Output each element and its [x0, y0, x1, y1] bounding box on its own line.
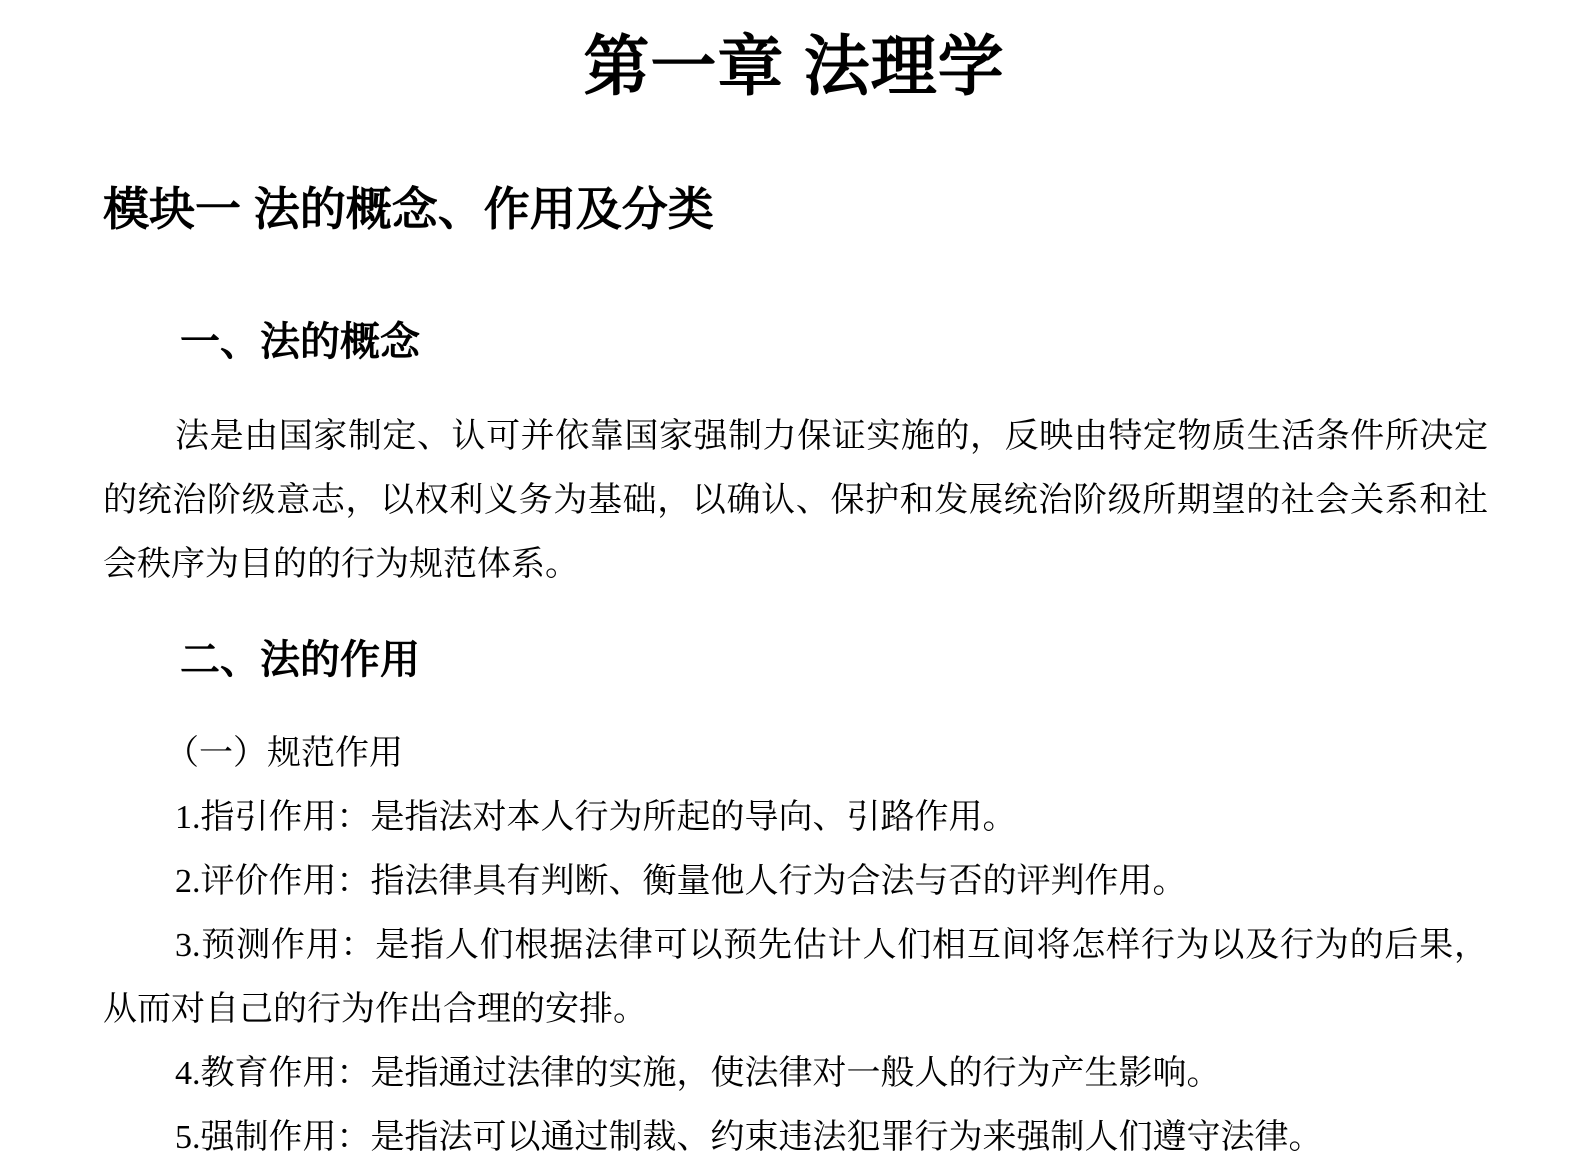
section-2-heading: 二、法的作用	[103, 636, 1488, 684]
subsection-heading-normative-function: （一）规范作用	[103, 722, 1488, 786]
list-item-5-coercion: 5.强制作用：是指法可以通过制裁、约束违法犯罪行为来强制人们遵守法律。	[103, 1106, 1488, 1170]
paragraph-line-1: 法是由国家制定、认可并依靠国家强制力保证实施的，反映由特定物质生活条件所决定	[103, 405, 1488, 469]
law-definition-paragraph: 法是由国家制定、认可并依靠国家强制力保证实施的，反映由特定物质生活条件所决定 的…	[103, 405, 1488, 597]
function-item-list: 1.指引作用：是指法对本人行为所起的导向、引路作用。 2.评价作用：指法律具有判…	[103, 786, 1488, 1170]
list-item-1-guidance: 1.指引作用：是指法对本人行为所起的导向、引路作用。	[103, 786, 1488, 850]
list-item-4-education: 4.教育作用：是指通过法律的实施，使法律对一般人的行为产生影响。	[103, 1042, 1488, 1106]
list-item-3-prediction-line-1: 3.预测作用：是指人们根据法律可以预先估计人们相互间将怎样行为以及行为的后果，	[103, 914, 1488, 978]
list-item-3-prediction-line-2: 从而对自己的行为作出合理的安排。	[103, 978, 1488, 1042]
paragraph-line-2: 的统治阶级意志，以权利义务为基础，以确认、保护和发展统治阶级所期望的社会关系和社	[103, 469, 1488, 533]
section-1-heading: 一、法的概念	[103, 318, 1488, 366]
list-item-2-evaluation: 2.评价作用：指法律具有判断、衡量他人行为合法与否的评判作用。	[103, 850, 1488, 914]
module-heading: 模块一 法的概念、作用及分类	[103, 182, 1588, 236]
document-body: 一、法的概念 法是由国家制定、认可并依靠国家强制力保证实施的，反映由特定物质生活…	[103, 318, 1488, 1170]
document-page: 第一章 法理学 模块一 法的概念、作用及分类 一、法的概念 法是由国家制定、认可…	[0, 0, 1588, 1170]
chapter-title: 第一章 法理学	[0, 0, 1588, 106]
paragraph-line-3: 会秩序为目的的行为规范体系。	[103, 533, 1488, 597]
